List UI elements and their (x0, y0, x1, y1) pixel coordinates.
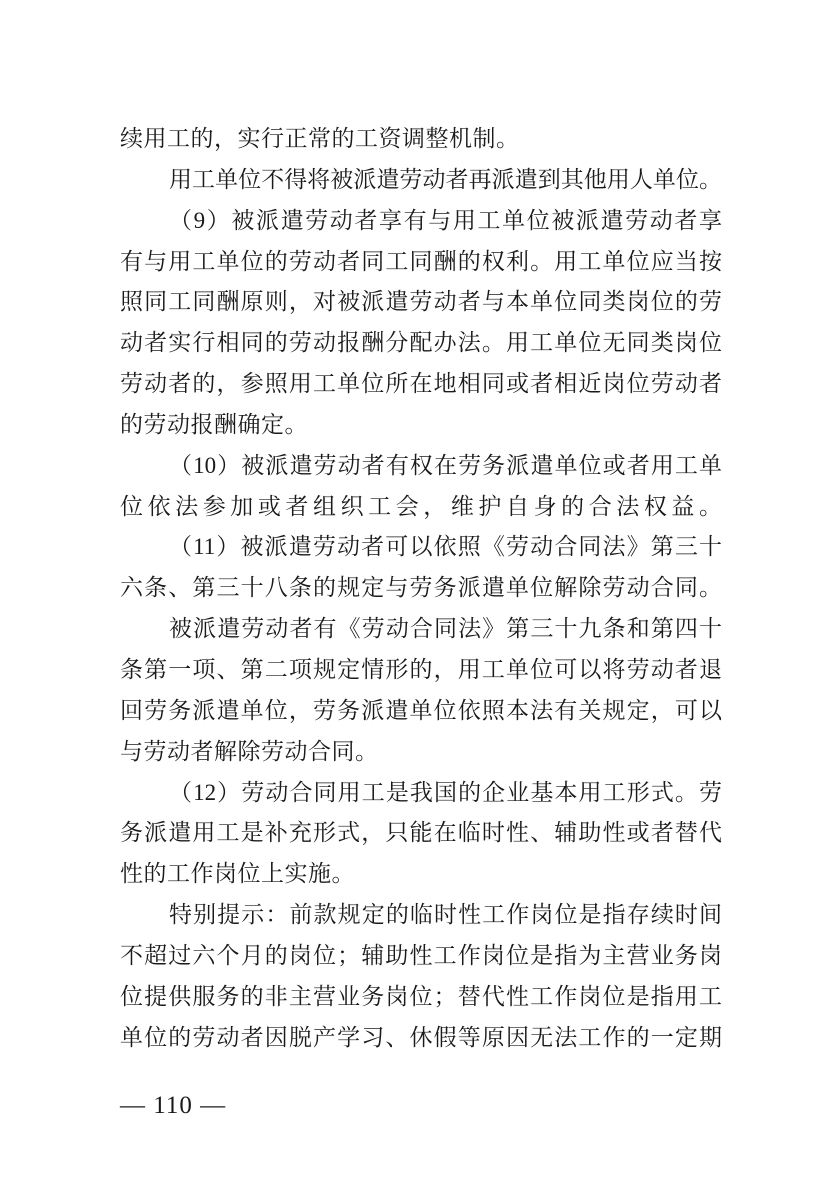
text-line-5: 照同工同酬原则，对被派遣劳动者与本单位同类岗位的劳 (120, 282, 722, 323)
text-line-18: 务派遣用工是补充形式，只能在临时性、辅助性或者替代 (120, 813, 722, 854)
text-line-10: 位依法参加或者组织工会，维护自身的合法权益。 (120, 487, 722, 528)
text-line-2: 用工单位不得将被派遣劳动者再派遣到其他用人单位。 (120, 160, 722, 201)
text-line-1: 续用工的，实行正常的工资调整机制。 (120, 119, 722, 160)
body-text: 续用工的，实行正常的工资调整机制。用工单位不得将被派遣劳动者再派遣到其他用人单位… (120, 119, 722, 1058)
document-page: 续用工的，实行正常的工资调整机制。用工单位不得将被派遣劳动者再派遣到其他用人单位… (0, 0, 840, 1190)
text-line-21: 不超过六个月的岗位；辅助性工作岗位是指为主营业务岗 (120, 936, 722, 977)
text-line-3: （9）被派遣劳动者享有与用工单位被派遣劳动者享 (120, 201, 722, 242)
text-line-6: 动者实行相同的劳动报酬分配办法。用工单位无同类岗位 (120, 323, 722, 364)
text-line-13: 被派遣劳动者有《劳动合同法》第三十九条和第四十 (120, 609, 722, 650)
text-line-15: 回劳务派遣单位，劳务派遣单位依照本法有关规定，可以 (120, 691, 722, 732)
text-line-22: 位提供服务的非主营业务岗位；替代性工作岗位是指用工 (120, 977, 722, 1018)
text-line-16: 与劳动者解除劳动合同。 (120, 732, 722, 773)
text-line-7: 劳动者的，参照用工单位所在地相同或者相近岗位劳动者 (120, 364, 722, 405)
text-line-19: 性的工作岗位上实施。 (120, 854, 722, 895)
text-line-14: 条第一项、第二项规定情形的，用工单位可以将劳动者退 (120, 650, 722, 691)
text-line-8: 的劳动报酬确定。 (120, 405, 722, 446)
text-line-12: 六条、第三十八条的规定与劳务派遣单位解除劳动合同。 (120, 568, 722, 609)
text-line-17: （12）劳动合同用工是我国的企业基本用工形式。劳 (120, 773, 722, 814)
page-number: — 110 — (120, 1090, 226, 1122)
text-line-9: （10）被派遣劳动者有权在劳务派遣单位或者用工单 (120, 446, 722, 487)
text-line-11: （11）被派遣劳动者可以依照《劳动合同法》第三十 (120, 527, 722, 568)
text-line-20: 特别提示：前款规定的临时性工作岗位是指存续时间 (120, 895, 722, 936)
text-line-23: 单位的劳动者因脱产学习、休假等原因无法工作的一定期 (120, 1018, 722, 1059)
text-line-4: 有与用工单位的劳动者同工同酬的权利。用工单位应当按 (120, 242, 722, 283)
